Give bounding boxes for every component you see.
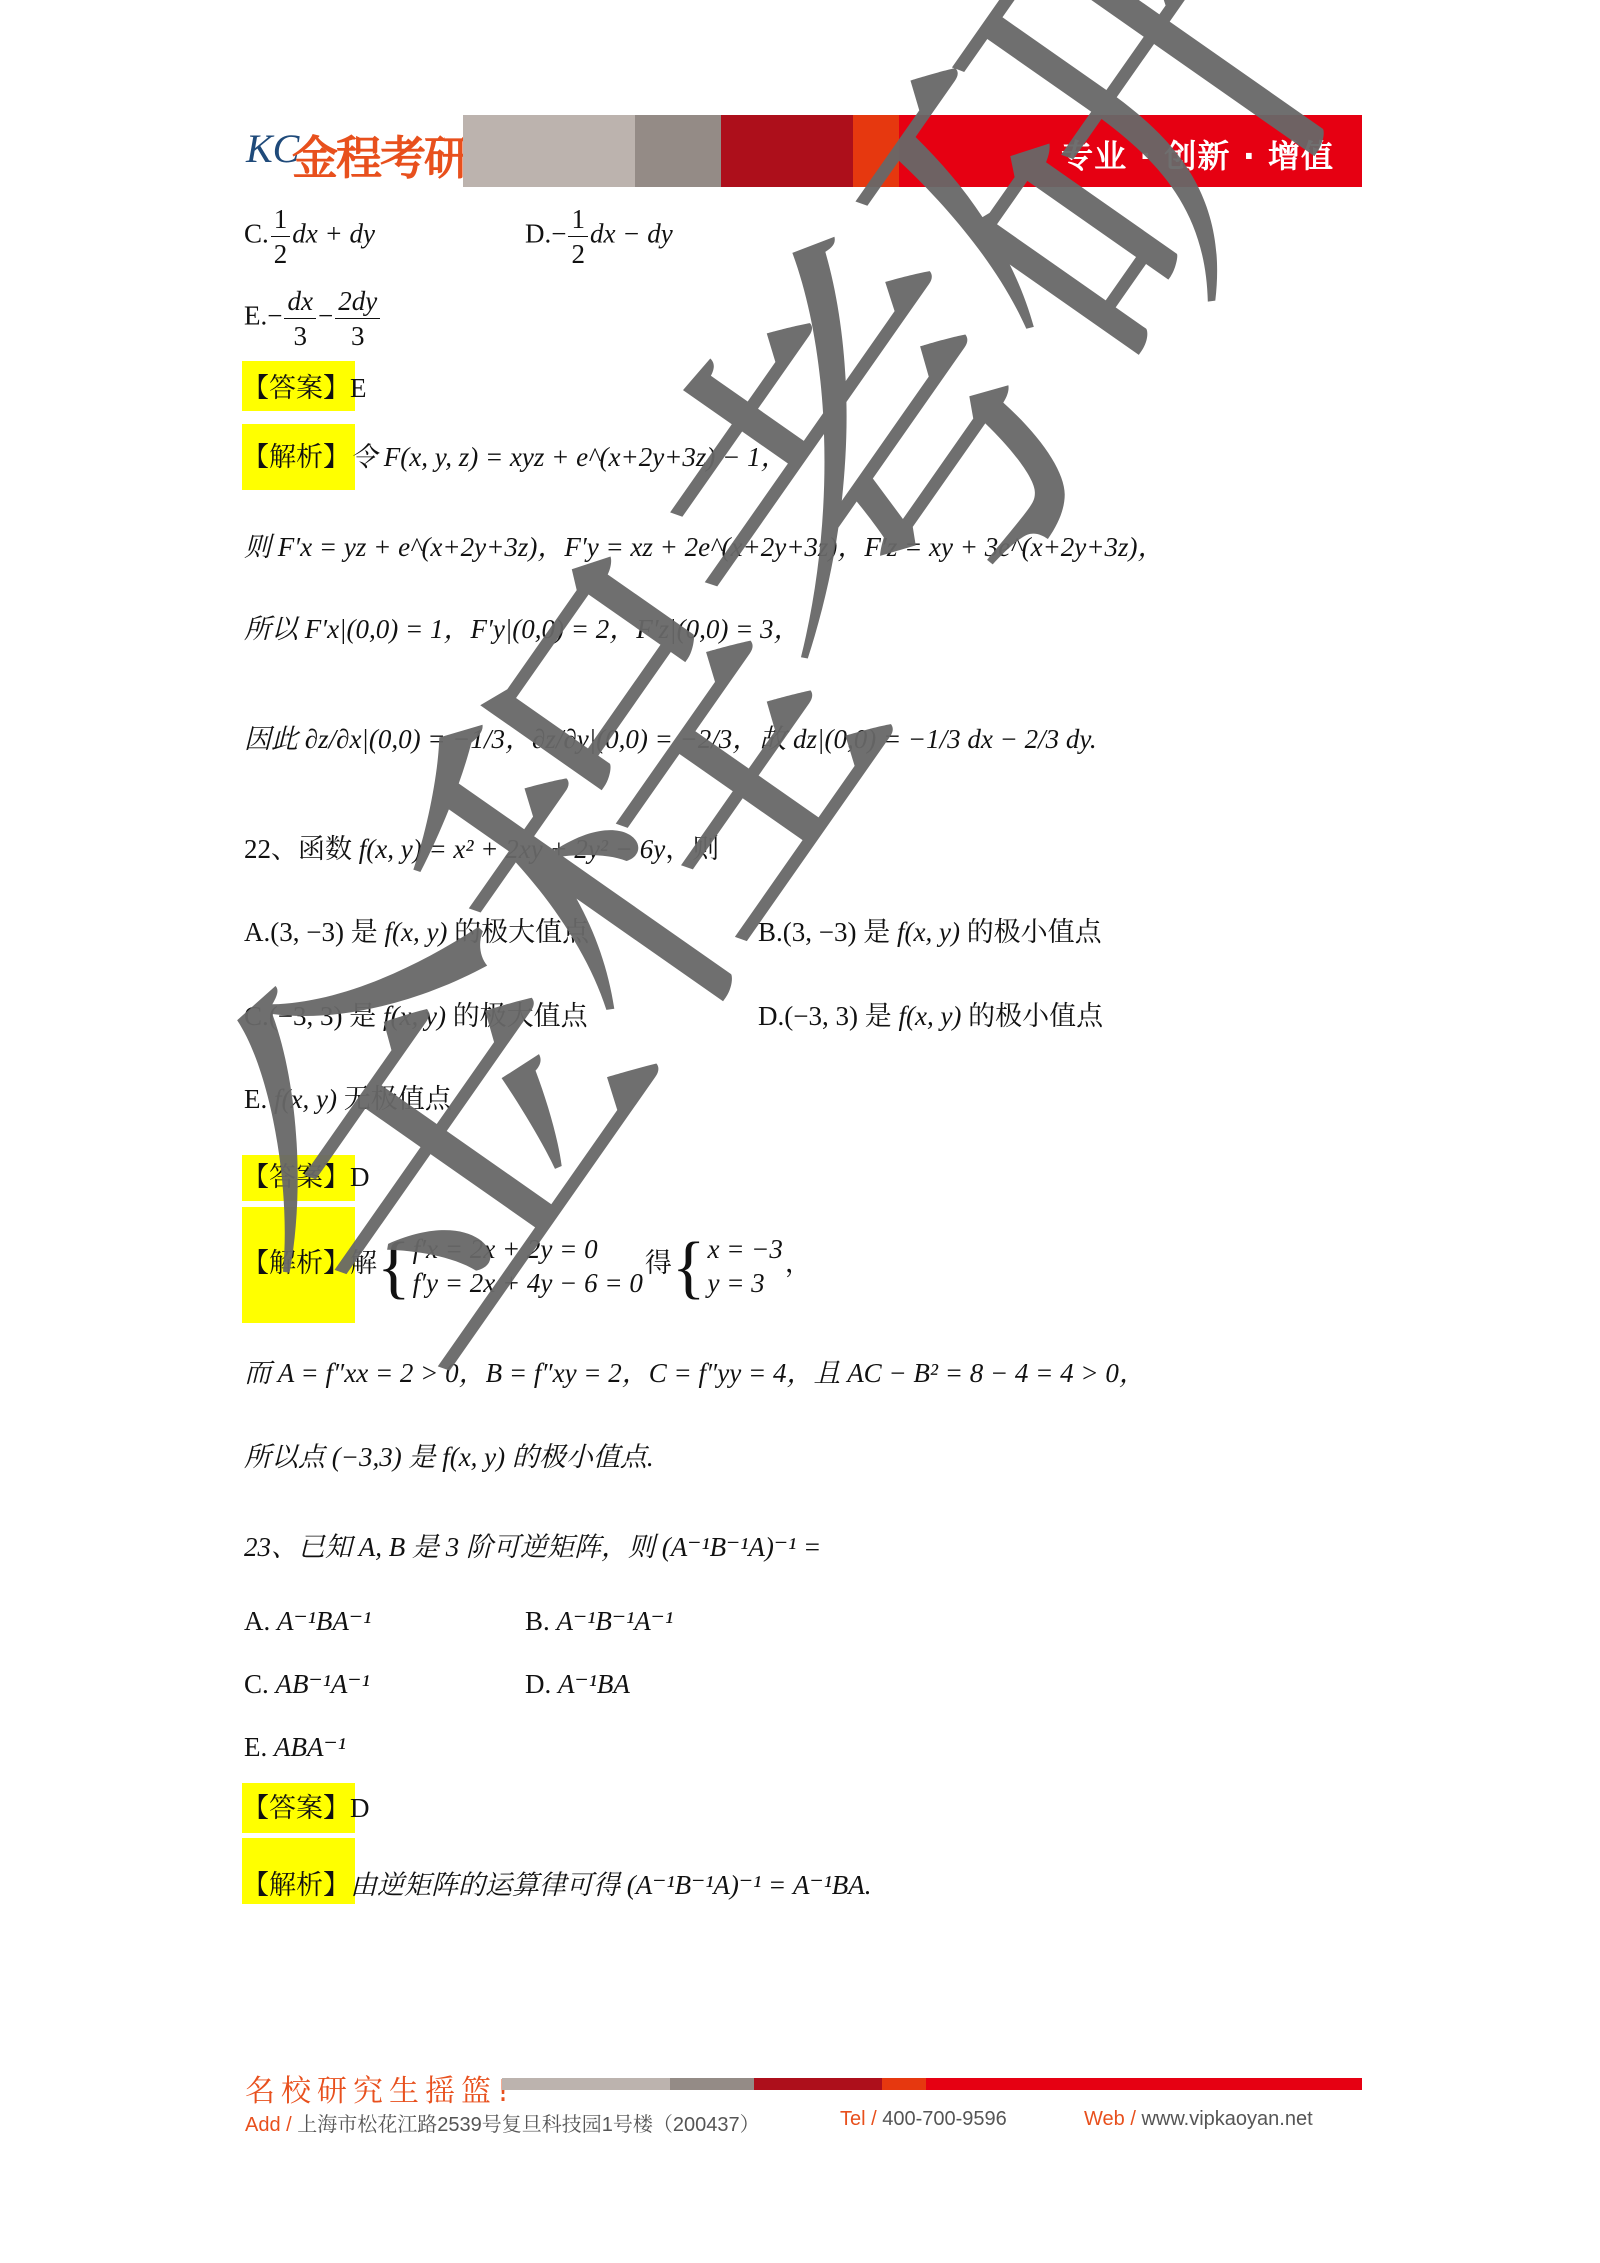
option-label: C. [244,219,269,249]
option-text: 是 [342,1001,383,1031]
q23-option-d: D. A⁻¹BA [525,1667,630,1701]
option-label: B. [525,1606,550,1636]
web-value: www.vipkaoyan.net [1141,2108,1312,2130]
address-label: Add / [245,2114,292,2136]
q23-answer: 【答案】D [242,1791,370,1825]
numerator: 1 [271,202,291,237]
option-label: E. [244,1732,267,1762]
bar-segment-orange [853,115,899,187]
function: f(x, y) [898,1001,961,1031]
footer-tel: Tel / 400-700-9596 [840,2108,1007,2131]
option-value: A⁻¹BA [558,1669,630,1699]
q22-analysis-line-2: 而 A = f″xx = 2 > 0，B = f″xy = 2，C = f″yy… [244,1356,1146,1390]
brand-logo-text: 金程考研 [292,122,468,188]
analysis-text: 而 A = f″xx = 2 > 0，B = f″xy = 2，C = f″yy… [244,1358,1146,1388]
answer-tag: 【答案】 [242,1793,350,1823]
q23-option-e: E. ABA⁻¹ [244,1730,346,1764]
option-label: C. [244,1669,269,1699]
numerator: 2dy [335,284,380,319]
tel-label: Tel / [840,2108,877,2130]
numerator: 1 [568,202,588,237]
bar-segment-gray [635,115,721,187]
answer-tag: 【答案】 [242,1162,350,1192]
question-stem: 23、已知 A, B 是 3 阶可逆矩阵，则 (A⁻¹B⁻¹A)⁻¹ = [244,1532,821,1562]
footer-address: Add / 上海市松花江路2539号复旦科技园1号楼（200437） [245,2108,760,2137]
sign: − [267,301,282,331]
analysis-text: 所以 F′x|(0,0) = 1，F′y|(0,0) = 2，F′z|(0,0)… [244,614,801,644]
fraction: 12 [568,202,588,271]
analysis-text: 所以点 (−3,3) 是 f(x, y) 的极小值点. [244,1442,654,1472]
analysis-text: 令 F(x, y, z) = xyz + e^(x+2y+3z) − 1， [350,442,788,472]
q21-option-c: C.12dx + dy [244,202,375,271]
q23-option-a: A. A⁻¹BA⁻¹ [244,1604,371,1638]
q21-option-e: E.−dx3−2dy3 [244,284,382,353]
q22-option-a: A.(3, −3) 是 f(x, y) 的极大值点 [244,915,589,949]
equation: f′x = 2x + 2y = 0 [413,1232,643,1266]
option-text: 是 [344,917,385,947]
option-text: 的极小值点 [961,1001,1103,1031]
address-value: 上海市松花江路2539号复旦科技园1号楼（200437） [297,2114,759,2136]
denominator: 3 [284,319,315,353]
function: f(x, y) [274,1084,337,1114]
equation: y = 3 [707,1266,782,1300]
punctuation: ， [785,1248,812,1278]
bar-segment-darkred [754,2078,882,2090]
function: f(x, y) [383,1001,446,1031]
equation: f′y = 2x + 4y − 6 = 0 [413,1266,643,1300]
option-value: ABA⁻¹ [274,1732,346,1762]
option-label: B. [758,917,783,947]
get-word: 得 [645,1248,672,1278]
option-label: D. [758,1001,784,1031]
bar-segment-gray [670,2078,754,2090]
left-brace: { [672,1229,706,1306]
q22-option-d: D.(−3, 3) 是 f(x, y) 的极小值点 [758,999,1103,1033]
equation: x = −3 [707,1232,782,1266]
option-text: 无极值点 [337,1084,452,1114]
sign: − [318,301,333,331]
denominator: 2 [568,237,588,271]
denominator: 2 [271,237,291,271]
numerator: dx [284,284,315,319]
option-text: 的极大值点 [447,917,589,947]
q22-analysis-line-3: 所以点 (−3,3) 是 f(x, y) 的极小值点. [244,1440,654,1474]
q23-option-c: C. AB⁻¹A⁻¹ [244,1667,370,1701]
fraction: dx3 [284,284,315,353]
q22-option-e: E. f(x, y) 无极值点 [244,1082,452,1116]
option-label: D. [525,1669,551,1699]
option-label: D. [525,219,551,249]
header-color-bar: 专业 · 创新 · 增值 [463,115,1362,187]
analysis-tag: 【解析】 [242,1870,350,1900]
q22-option-b: B.(3, −3) 是 f(x, y) 的极小值点 [758,915,1102,949]
option-text: 是 [858,1001,899,1031]
q22-answer: 【答案】D [242,1160,370,1194]
option-label: E. [244,1084,267,1114]
function: f(x, y) [384,917,447,947]
option-label: A. [244,917,270,947]
option-text: 的极大值点 [446,1001,588,1031]
left-brace: { [377,1229,411,1306]
bar-segment-lightgray [463,115,635,187]
fraction: 12 [271,202,291,271]
answer-value: E [350,373,367,403]
tel-value: 400-700-9596 [882,2108,1007,2130]
fraction: 2dy3 [335,284,380,353]
option-label: A. [244,1606,270,1636]
option-expression: dx − dy [590,219,673,249]
footer-color-bar [502,2078,1362,2090]
q21-analysis-line-1: 【解析】令 F(x, y, z) = xyz + e^(x+2y+3z) − 1… [242,440,788,474]
function: f(x, y) [897,917,960,947]
sign: − [551,219,566,249]
question-number: 22、函数 [244,834,352,864]
analysis-tag: 【解析】 [242,442,350,472]
q21-analysis-line-2: 则 F′x = yz + e^(x+2y+3z)，F′y = xz + 2e^(… [244,530,1165,564]
bar-segment-red [926,2078,1362,2090]
q21-analysis-line-4: 因此 ∂z/∂x|(0,0) = −1/3，∂z/∂y|(0,0) = −2/3… [244,722,1097,756]
q23-option-b: B. A⁻¹B⁻¹A⁻¹ [525,1604,673,1638]
option-value: A⁻¹B⁻¹A⁻¹ [557,1606,674,1636]
q21-answer: 【答案】E [242,371,367,405]
q21-analysis-line-3: 所以 F′x|(0,0) = 1，F′y|(0,0) = 2，F′z|(0,0)… [244,612,801,646]
equation-system: f′x = 2x + 2y = 0f′y = 2x + 4y − 6 = 0 [413,1232,643,1300]
bar-segment-lightgray [502,2078,670,2090]
q22-stem: 22、函数 f(x, y) = x² + 2xy + 2y² − 6y，则 [244,832,719,866]
header-slogan: 专业 · 创新 · 增值 [1061,131,1334,177]
option-expression: dx + dy [292,219,375,249]
footer-slogan: 名校研究生摇篮! [245,2066,515,2110]
answer-value: D [350,1162,370,1192]
q22-option-c: C.(−3, 3) 是 f(x, y) 的极大值点 [244,999,588,1033]
option-text: 的极小值点 [960,917,1102,947]
function-expression: f(x, y) = x² + 2xy + 2y² − 6y [359,834,665,864]
bar-segment-darkred [721,115,853,187]
q21-option-d: D.−12dx − dy [525,202,673,271]
option-label: E. [244,301,267,331]
analysis-tag: 【解析】 [242,1248,350,1278]
point: (−3, 3) [269,1001,343,1031]
option-text: 是 [856,917,897,947]
stem-suffix: ，则 [665,834,719,864]
solve-word: 解 [350,1248,377,1278]
option-value: AB⁻¹A⁻¹ [276,1669,370,1699]
point: (3, −3) [270,917,344,947]
q22-analysis-system: 【解析】解{f′x = 2x + 2y = 0f′y = 2x + 4y − 6… [242,1232,812,1300]
answer-value: D [350,1793,370,1823]
denominator: 3 [335,319,380,353]
point: (−3, 3) [784,1001,858,1031]
bar-segment-orange [882,2078,926,2090]
solution-system: x = −3y = 3 [707,1232,782,1300]
option-label: C. [244,1001,269,1031]
analysis-text: 因此 ∂z/∂x|(0,0) = −1/3，∂z/∂y|(0,0) = −2/3… [244,724,1097,754]
q23-analysis: 【解析】由逆矩阵的运算律可得 (A⁻¹B⁻¹A)⁻¹ = A⁻¹BA. [242,1868,872,1902]
footer-web: Web / www.vipkaoyan.net [1084,2108,1313,2131]
analysis-text: 由逆矩阵的运算律可得 (A⁻¹B⁻¹A)⁻¹ = A⁻¹BA. [350,1870,872,1900]
answer-tag: 【答案】 [242,373,350,403]
option-value: A⁻¹BA⁻¹ [277,1606,371,1636]
q23-stem: 23、已知 A, B 是 3 阶可逆矩阵，则 (A⁻¹B⁻¹A)⁻¹ = [244,1530,821,1564]
web-label: Web / [1084,2108,1136,2130]
point: (3, −3) [783,917,857,947]
analysis-text: 则 F′x = yz + e^(x+2y+3z)，F′y = xz + 2e^(… [244,532,1165,562]
